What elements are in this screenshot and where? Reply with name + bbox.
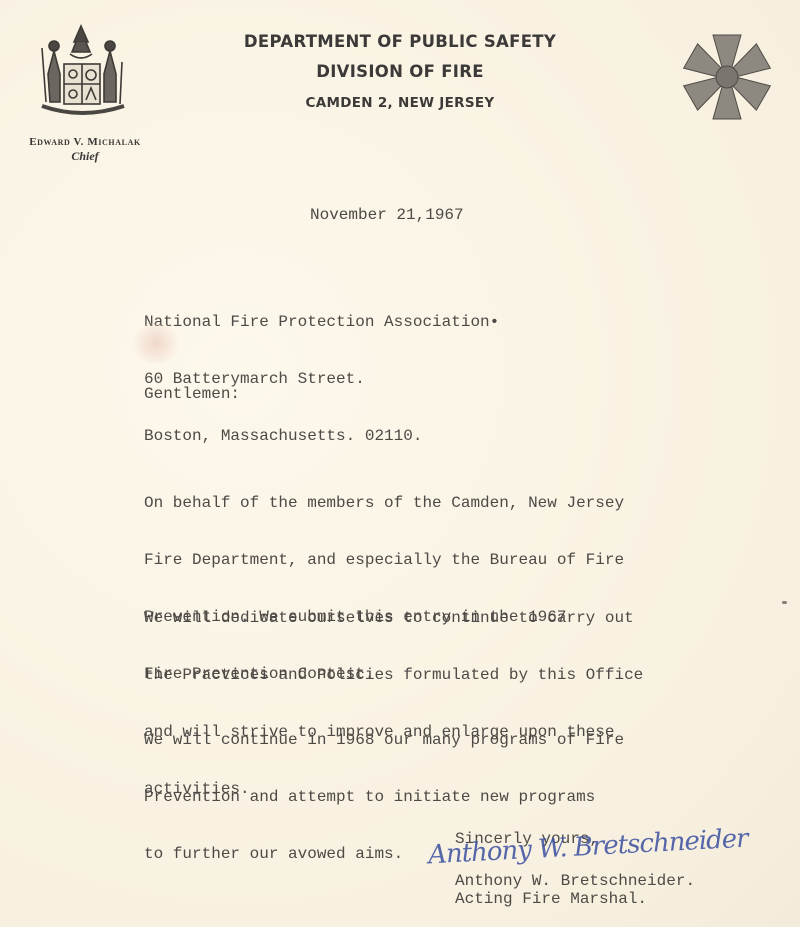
text-line: the Practices and Policies formulated by… (144, 666, 643, 685)
coat-of-arms-icon (30, 22, 135, 122)
address-line: National Fire Protection Association• (144, 313, 499, 332)
chief-name: Edward V. Michalak (0, 136, 170, 148)
fire-trumpets-emblem-icon (680, 30, 775, 125)
signer-title: Acting Fire Marshal. (455, 890, 647, 909)
chief-title: Chief (0, 149, 170, 164)
paper-stain (132, 322, 180, 364)
text-line: Prevention and attempt to initiate new p… (144, 788, 624, 807)
text-line: We will continue in 1968 our many progra… (144, 731, 624, 750)
signer-name: Anthony W. Bretschneider. (455, 872, 695, 891)
letterhead-department: DEPARTMENT OF PUBLIC SAFETY (200, 32, 600, 51)
letter-date: November 21,1967 (310, 206, 464, 225)
salutation: Gentlemen: (144, 385, 240, 404)
ink-mark (782, 601, 787, 604)
letterhead-location: CAMDEN 2, NEW JERSEY (200, 95, 600, 111)
address-line: Boston, Massachusetts. 02110. (144, 427, 499, 446)
letterhead-division: DIVISION OF FIRE (200, 62, 600, 81)
text-line: We will dedicate ourselves to continue t… (144, 609, 643, 628)
recipient-address: National Fire Protection Association• 60… (144, 275, 499, 465)
text-line: Fire Department, and especially the Bure… (144, 551, 624, 570)
text-line: On behalf of the members of the Camden, … (144, 494, 624, 513)
